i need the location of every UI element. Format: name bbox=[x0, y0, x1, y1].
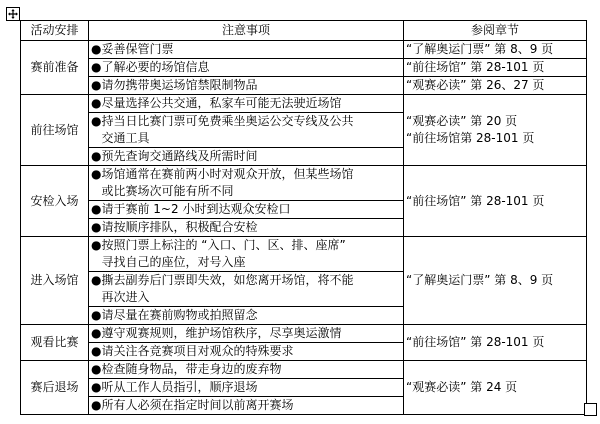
bullet-icon: ● bbox=[91, 166, 101, 183]
header-notes[interactable]: 注意事项 bbox=[89, 21, 404, 41]
note-text: 按照门票上标注的 “入口、门、区、排、座席” 寻找自己的座位，对号入座 bbox=[101, 237, 345, 271]
note-cell[interactable]: ●请尽量在赛前购物或拍照留念 bbox=[89, 307, 404, 325]
bullet-icon: ● bbox=[91, 361, 101, 378]
note-cell[interactable]: ●请勿携带奥运场馆禁限制物品 bbox=[89, 77, 404, 95]
ref-cell[interactable]: “观赛必读” 第 20 页 “前往场馆第 28-101 页 bbox=[404, 95, 587, 166]
bullet-icon: ● bbox=[91, 325, 101, 342]
ref-text: “前往场馆” 第 28-101 页 bbox=[406, 193, 584, 210]
note-text: 检查随身物品，带走身边的废弃物 bbox=[101, 361, 281, 378]
table-row: 安检入场 ●场馆通常在赛前两小时对观众开放，但某些场馆 或比赛场次可能有所不同 … bbox=[21, 166, 587, 201]
table-row: 前往场馆 ●尽量选择公共交通，私家车可能无法驶近场馆 “观赛必读” 第 20 页… bbox=[21, 95, 587, 113]
table-row: ●请勿携带奥运场馆禁限制物品 “观赛必读” 第 26、27 页 bbox=[21, 77, 587, 95]
note-text: 了解必要的场馆信息 bbox=[101, 59, 209, 76]
note-text: 所有人必须在指定时间以前离开赛场 bbox=[101, 397, 293, 414]
ref-text: “前往场馆” 第 28-101 页 bbox=[406, 59, 584, 76]
move-arrows-icon bbox=[8, 9, 18, 19]
note-text: 请尽量在赛前购物或拍照留念 bbox=[101, 307, 257, 324]
ref-cell[interactable]: “前往场馆” 第 28-101 页 bbox=[404, 166, 587, 237]
table-row: 观看比赛 ●遵守观赛规则，维护场馆秩序，尽享奥运激情 “前往场馆” 第 28-1… bbox=[21, 325, 587, 343]
note-cell[interactable]: ●妥善保管门票 bbox=[89, 41, 404, 59]
section-label-enter-venue[interactable]: 进入场馆 bbox=[21, 237, 89, 325]
document-page: 活动安排 注意事项 参阅章节 赛前准备 ●妥善保管门票 “了解奥运门票” 第 8… bbox=[0, 0, 600, 424]
ref-text: “观赛必读” 第 24 页 bbox=[406, 379, 584, 396]
section-label-exit-after-match[interactable]: 赛后退场 bbox=[21, 361, 89, 415]
note-cell[interactable]: ●场馆通常在赛前两小时对观众开放，但某些场馆 或比赛场次可能有所不同 bbox=[89, 166, 404, 201]
ref-cell[interactable]: “了解奥运门票” 第 8、9 页 bbox=[404, 237, 587, 325]
ref-text: “观赛必读” 第 20 页 “前往场馆第 28-101 页 bbox=[406, 113, 584, 147]
note-cell[interactable]: ●请关注各竞赛项目对观众的特殊要求 bbox=[89, 343, 404, 361]
olympic-spectator-guide-table: 活动安排 注意事项 参阅章节 赛前准备 ●妥善保管门票 “了解奥运门票” 第 8… bbox=[20, 20, 587, 415]
note-text: 请按顺序排队，积极配合安检 bbox=[101, 219, 257, 236]
note-text: 尽量选择公共交通，私家车可能无法驶近场馆 bbox=[101, 95, 341, 112]
table-header-row: 活动安排 注意事项 参阅章节 bbox=[21, 21, 587, 41]
note-cell[interactable]: ●遵守观赛规则，维护场馆秩序，尽享奥运激情 bbox=[89, 325, 404, 343]
note-cell[interactable]: ●了解必要的场馆信息 bbox=[89, 59, 404, 77]
section-label-pre-match[interactable]: 赛前准备 bbox=[21, 41, 89, 95]
note-cell[interactable]: ●预先查询交通路线及所需时间 bbox=[89, 148, 404, 166]
note-cell[interactable]: ●检查随身物品，带走身边的废弃物 bbox=[89, 361, 404, 379]
bullet-icon: ● bbox=[91, 343, 101, 360]
section-label-go-to-venue[interactable]: 前往场馆 bbox=[21, 95, 89, 166]
bullet-icon: ● bbox=[91, 397, 101, 414]
bullet-icon: ● bbox=[91, 237, 101, 254]
note-cell[interactable]: ●所有人必须在指定时间以前离开赛场 bbox=[89, 397, 404, 415]
bullet-icon: ● bbox=[91, 148, 101, 165]
ref-text: “了解奥运门票” 第 8、9 页 bbox=[406, 272, 584, 289]
note-cell[interactable]: ●请按顺序排队，积极配合安检 bbox=[89, 219, 404, 237]
table-row: 进入场馆 ●按照门票上标注的 “入口、门、区、排、座席” 寻找自己的座位，对号入… bbox=[21, 237, 587, 272]
bullet-icon: ● bbox=[91, 307, 101, 324]
ref-cell[interactable]: “观赛必读” 第 26、27 页 bbox=[404, 77, 587, 95]
section-label-security-check[interactable]: 安检入场 bbox=[21, 166, 89, 237]
bullet-icon: ● bbox=[91, 379, 101, 396]
ref-text: “了解奥运门票” 第 8、9 页 bbox=[406, 41, 584, 58]
ref-text: “观赛必读” 第 26、27 页 bbox=[406, 77, 584, 94]
note-text: 持当日比赛门票可免费乘坐奥运公交专线及公共 交通工具 bbox=[101, 113, 353, 147]
note-cell[interactable]: ●听从工作人员指引，顺序退场 bbox=[89, 379, 404, 397]
table-row: 赛前准备 ●妥善保管门票 “了解奥运门票” 第 8、9 页 bbox=[21, 41, 587, 59]
note-text: 撕去副券后门票即失效，如您离开场馆，将不能 再次进入 bbox=[101, 272, 353, 306]
note-text: 预先查询交通路线及所需时间 bbox=[101, 148, 257, 165]
ref-text: “前往场馆” 第 28-101 页 bbox=[406, 334, 584, 351]
bullet-icon: ● bbox=[91, 77, 101, 94]
ref-cell[interactable]: “观赛必读” 第 24 页 bbox=[404, 361, 587, 415]
table-row: 赛后退场 ●检查随身物品，带走身边的废弃物 “观赛必读” 第 24 页 bbox=[21, 361, 587, 379]
header-activity[interactable]: 活动安排 bbox=[21, 21, 89, 41]
note-text: 请勿携带奥运场馆禁限制物品 bbox=[101, 77, 257, 94]
note-cell[interactable]: ●尽量选择公共交通，私家车可能无法驶近场馆 bbox=[89, 95, 404, 113]
note-cell[interactable]: ●按照门票上标注的 “入口、门、区、排、座席” 寻找自己的座位，对号入座 bbox=[89, 237, 404, 272]
note-text: 遵守观赛规则，维护场馆秩序，尽享奥运激情 bbox=[101, 325, 341, 342]
section-label-watch-match[interactable]: 观看比赛 bbox=[21, 325, 89, 361]
ref-cell[interactable]: “前往场馆” 第 28-101 页 bbox=[404, 59, 587, 77]
note-text: 场馆通常在赛前两小时对观众开放，但某些场馆 或比赛场次可能有所不同 bbox=[101, 166, 353, 200]
bullet-icon: ● bbox=[91, 41, 101, 58]
bullet-icon: ● bbox=[91, 201, 101, 218]
note-text: 请关注各竞赛项目对观众的特殊要求 bbox=[101, 343, 293, 360]
note-cell[interactable]: ●请于赛前 1~2 小时到达观众安检口 bbox=[89, 201, 404, 219]
note-cell[interactable]: ●持当日比赛门票可免费乘坐奥运公交专线及公共 交通工具 bbox=[89, 113, 404, 148]
bullet-icon: ● bbox=[91, 219, 101, 236]
table-row: ●了解必要的场馆信息 “前往场馆” 第 28-101 页 bbox=[21, 59, 587, 77]
note-text: 请于赛前 1~2 小时到达观众安检口 bbox=[101, 201, 290, 218]
bullet-icon: ● bbox=[91, 59, 101, 76]
header-reference[interactable]: 参阅章节 bbox=[404, 21, 587, 41]
note-text: 听从工作人员指引，顺序退场 bbox=[101, 379, 257, 396]
note-text: 妥善保管门票 bbox=[101, 41, 173, 58]
bullet-icon: ● bbox=[91, 95, 101, 112]
table-move-handle[interactable] bbox=[6, 7, 20, 21]
ref-cell[interactable]: “前往场馆” 第 28-101 页 bbox=[404, 325, 587, 361]
table-resize-handle[interactable] bbox=[584, 403, 597, 416]
note-cell[interactable]: ●撕去副券后门票即失效，如您离开场馆，将不能 再次进入 bbox=[89, 272, 404, 307]
bullet-icon: ● bbox=[91, 272, 101, 289]
ref-cell[interactable]: “了解奥运门票” 第 8、9 页 bbox=[404, 41, 587, 59]
bullet-icon: ● bbox=[91, 113, 101, 130]
